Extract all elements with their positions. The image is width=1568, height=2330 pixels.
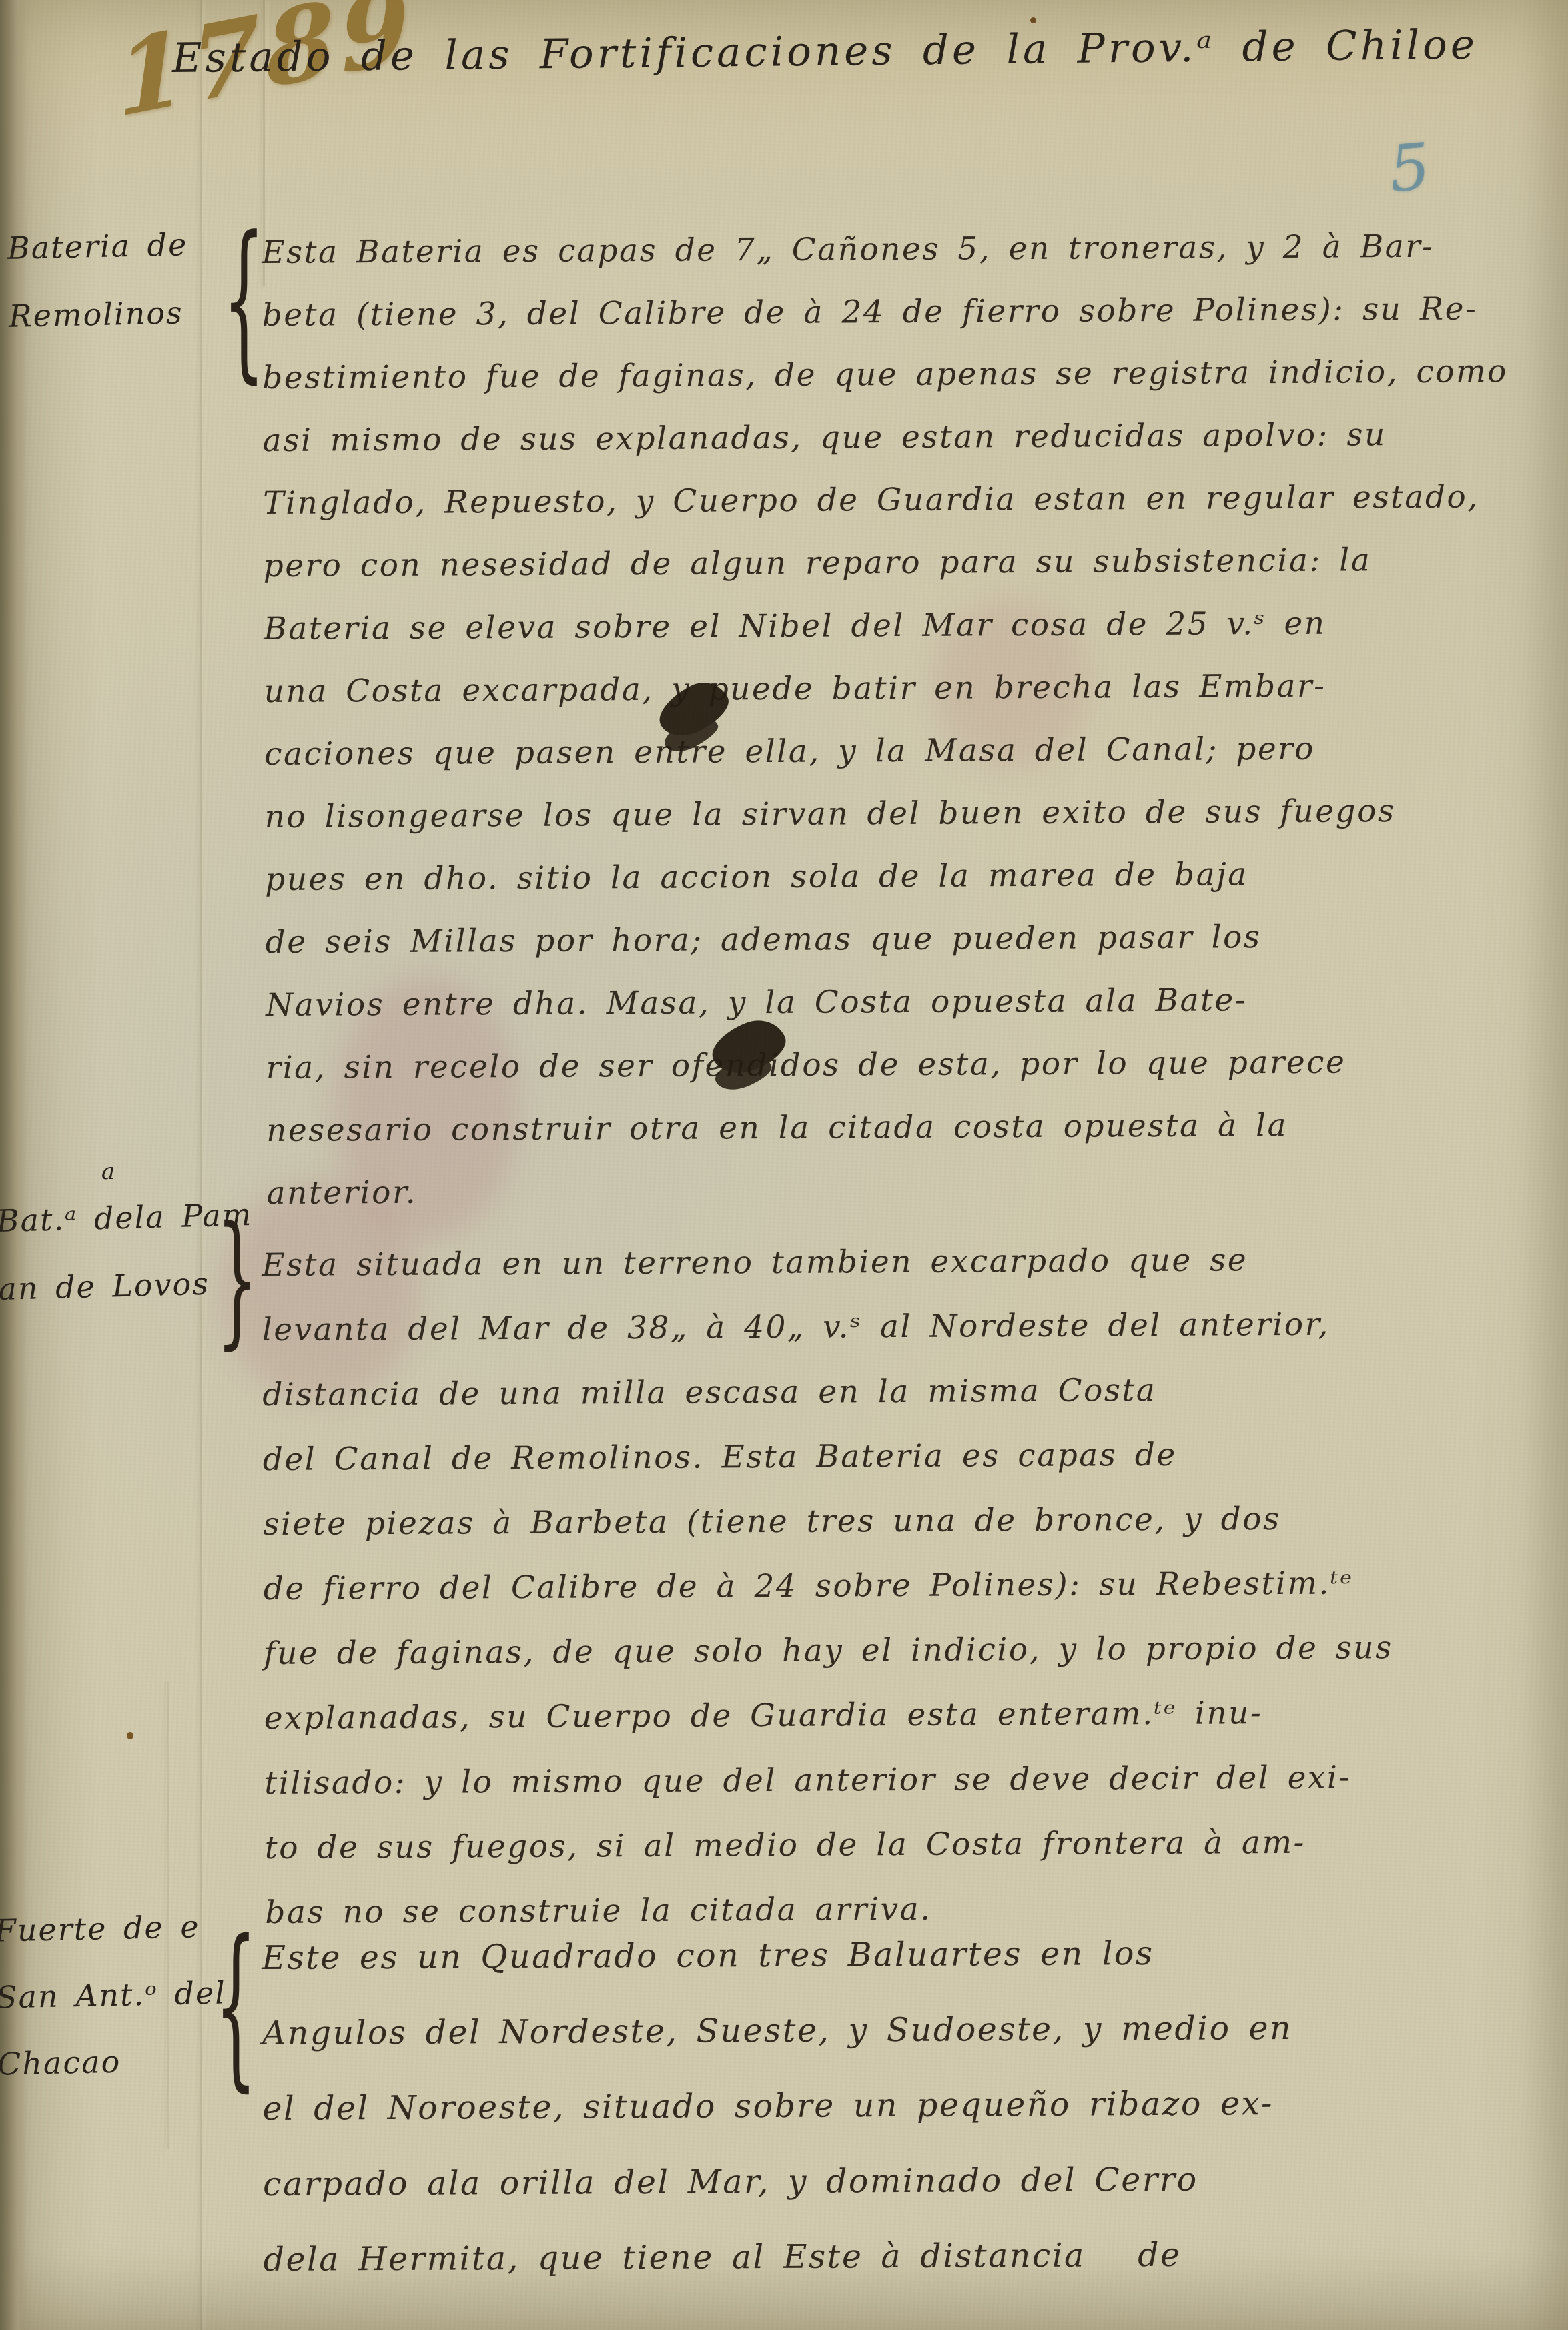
manuscript-line: bestimiento fue de faginas, de que apena… [262, 340, 1568, 410]
manuscript-line: Angulos del Nordeste, Sueste, y Sudoeste… [262, 1989, 1568, 2071]
manuscript-line: levanta del Mar de 38„ à 40„ v.ˢ al Nord… [262, 1291, 1568, 1363]
manuscript-line: ria, sin recelo de ser ofendidos de esta… [266, 1030, 1568, 1100]
margin-heading-bateria-remolinos: Bateria de Remolinos [7, 210, 190, 350]
manuscript-line: siete piezas à Barbeta (tiene tres una d… [263, 1485, 1568, 1557]
manuscript-line: pero con nesesidad de algun reparo para … [263, 528, 1568, 598]
manuscript-line: del Canal de Remolinos. Esta Bateria es … [263, 1421, 1568, 1492]
curly-brace-icon: { [215, 1903, 258, 2108]
manuscript-line: fue de faginas, de que solo hay el indic… [264, 1615, 1568, 1686]
margin-heading-line: Chacao [0, 2026, 228, 2097]
manuscript-line: beta (tiene 3, del Calibre de à 24 de fi… [262, 278, 1568, 347]
manuscript-line: Este es un Quadrado con tres Baluartes e… [262, 1914, 1568, 1996]
manuscript-line: Bateria se eleva sobre el Nibel del Mar … [264, 591, 1568, 661]
margin-heading-fuerte-chacao: Fuerte de e San Ant.ᵒ del Chacao [0, 1892, 228, 2097]
manuscript-line: Navios entre dha. Masa, y la Costa opues… [266, 967, 1568, 1037]
manuscript-line: explanadas, su Cuerpo de Guardia esta en… [264, 1679, 1568, 1751]
manuscript-line: una Costa excarpada, y puede batir en br… [264, 654, 1568, 723]
superscript-annotation: a [101, 1158, 115, 1185]
manuscript-line: caciones que pasen entre ella, y la Masa… [264, 717, 1568, 786]
manuscript-line: to de sus fuegos, si al medio de la Cost… [265, 1809, 1568, 1880]
manuscript-line: pues en dho. sitio la accion sola de la … [265, 842, 1568, 911]
paragraph-bateria-remolinos: Esta Bateria es capas de 7„ Cañones 5, e… [262, 215, 1568, 1225]
margin-heading-line: Remolinos [8, 278, 189, 350]
ink-speck [127, 1732, 133, 1739]
margin-heading-line: Bateria de [7, 210, 188, 282]
manuscript-line: carpado ala orilla del Mar, y dominado d… [263, 2140, 1568, 2222]
manuscript-line: de fierro del Calibre de à 24 sobre Poli… [264, 1550, 1568, 1621]
margin-heading-line: Fuerte de e [0, 1892, 226, 1964]
ink-speck [1030, 17, 1036, 23]
manuscript-line: distancia de una milla escasa en la mism… [262, 1356, 1568, 1427]
manuscript-line: anterior. [266, 1156, 1568, 1225]
manuscript-line: no lisongearse los que la sirvan del bue… [264, 779, 1568, 849]
manuscript-line: nesesario construir otra en la citada co… [266, 1093, 1568, 1162]
paragraph-fuerte-chacao: Este es un Quadrado con tres Baluartes e… [262, 1914, 1568, 2297]
paragraph-bateria-lovos: Esta situada en un terreno tambien excar… [262, 1226, 1568, 1945]
manuscript-page: 1789 Estado de las Fortificaciones de la… [0, 0, 1568, 2330]
margin-heading-line: San Ant.ᵒ del [0, 1959, 227, 2030]
margin-heading-line: Bat.ᵃ dela Pam [0, 1180, 254, 1255]
manuscript-line: Tinglado, Repuesto, y Cuerpo de Guardia … [263, 466, 1568, 535]
page-number-stamp: 5 [1386, 129, 1433, 208]
manuscript-line: Esta Bateria es capas de 7„ Cañones 5, e… [262, 215, 1568, 284]
manuscript-line: de seis Millas por hora; ademas que pued… [265, 905, 1568, 974]
manuscript-line: Esta situada en un terreno tambien excar… [262, 1226, 1568, 1298]
manuscript-line: dela Hermita, que tiene al Este à distan… [263, 2215, 1568, 2297]
curly-brace-icon: { [223, 200, 266, 399]
manuscript-line: asi mismo de sus explanadas, que estan r… [262, 403, 1568, 472]
manuscript-line: tilisado: y lo mismo que del anterior se… [264, 1744, 1568, 1816]
curly-brace-icon: } [216, 1196, 259, 1363]
manuscript-line: el del Noroeste, situado sobre un pequeñ… [262, 2064, 1568, 2147]
